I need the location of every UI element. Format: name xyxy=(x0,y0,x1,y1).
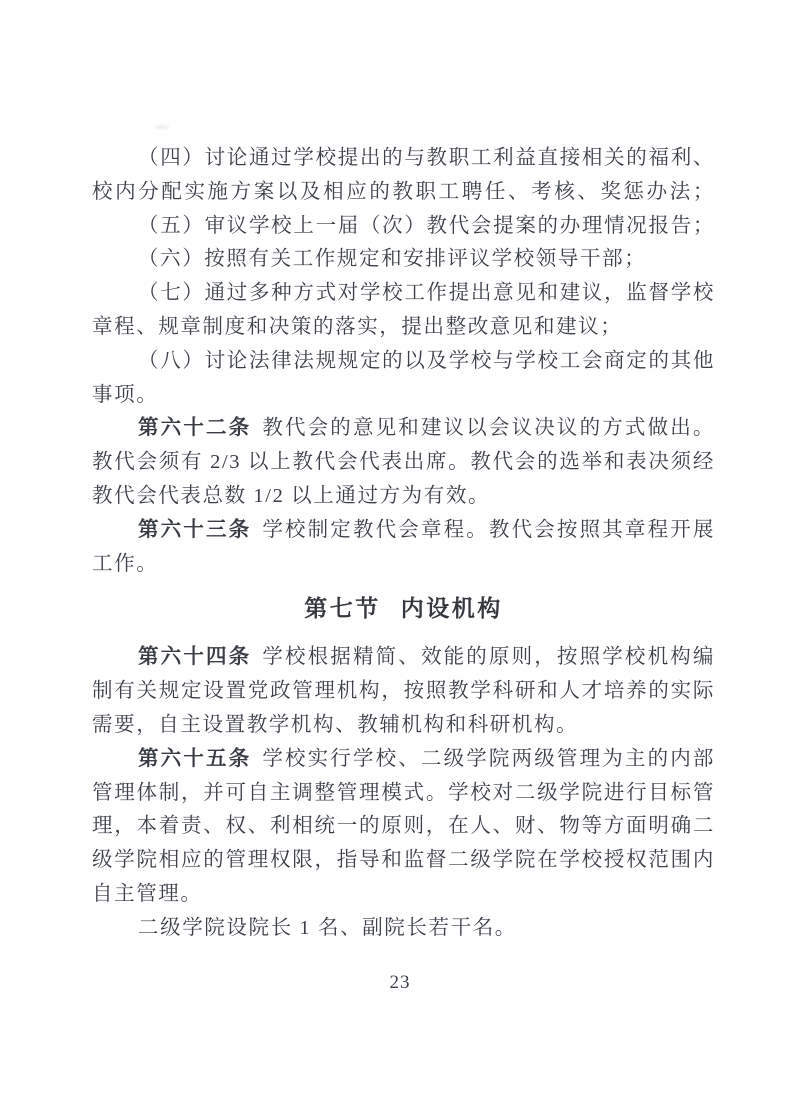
body-line: 工作。 xyxy=(92,548,715,582)
document-page: （四）讨论通过学校提出的与教职工利益直接相关的福利、 校内分配实施方案以及相应的… xyxy=(0,0,800,1111)
page-number: 23 xyxy=(0,972,800,994)
body-line: 级学院相应的管理权限，指导和监督二级学院在学校授权范围内 xyxy=(92,844,715,878)
body-line: 教代会须有 2/3 以上教代会代表出席。教代会的选举和表决须经 xyxy=(92,446,715,480)
body-line: 第六十五条学校实行学校、二级学院两级管理为主的内部 xyxy=(92,743,715,777)
body-line: 章程、规章制度和决策的落实，提出整改意见和建议； xyxy=(92,311,715,345)
line-text: 学校实行学校、二级学院两级管理为主的内部 xyxy=(262,748,715,770)
section-title: 内设机构 xyxy=(401,595,503,621)
body-line: （七）通过多种方式对学校工作提出意见和建议，监督学校 xyxy=(92,277,715,311)
body-line: 第六十二条教代会的意见和建议以会议决议的方式做出。 xyxy=(92,412,715,446)
body-line: （八）讨论法律法规规定的以及学校与学校工会商定的其他 xyxy=(92,345,715,379)
body-line: 校内分配实施方案以及相应的教职工聘任、考核、奖惩办法； xyxy=(92,176,715,210)
article-number: 第六十三条 xyxy=(138,519,251,541)
body-line: （四）讨论通过学校提出的与教职工利益直接相关的福利、 xyxy=(92,142,715,176)
line-text: 学校根据精简、效能的原则，按照学校机构编 xyxy=(262,646,715,668)
article-number: 第六十四条 xyxy=(138,646,251,668)
section-number: 第七节 xyxy=(304,595,381,621)
line-text: 学校制定教代会章程。教代会按照其章程开展 xyxy=(262,519,715,541)
line-text: 教代会的意见和建议以会议决议的方式做出。 xyxy=(262,417,715,439)
body-line: 第六十三条学校制定教代会章程。教代会按照其章程开展 xyxy=(92,514,715,548)
body-line: 教代会代表总数 1/2 以上通过方为有效。 xyxy=(92,480,715,514)
body-line: 理，本着责、权、利相统一的原则，在人、财、物等方面明确二 xyxy=(92,810,715,844)
article-number: 第六十五条 xyxy=(138,748,251,770)
article-number: 第六十二条 xyxy=(138,417,251,439)
body-line: 需要，自主设置教学机构、教辅机构和科研机构。 xyxy=(92,709,715,743)
body-line: 管理体制，并可自主调整管理模式。学校对二级学院进行目标管 xyxy=(92,777,715,811)
scan-artifact xyxy=(155,125,169,129)
body-line: 事项。 xyxy=(92,379,715,413)
body-line: （六）按照有关工作规定和安排评议学校领导干部； xyxy=(92,243,715,277)
document-body: （四）讨论通过学校提出的与教职工利益直接相关的福利、 校内分配实施方案以及相应的… xyxy=(92,142,715,946)
body-line: 自主管理。 xyxy=(92,878,715,912)
section-heading: 第七节内设机构 xyxy=(92,593,715,623)
body-line: 二级学院设院长 1 名、副院长若干名。 xyxy=(92,912,715,946)
body-line: 制有关规定设置党政管理机构，按照教学科研和人才培养的实际 xyxy=(92,675,715,709)
body-line: 第六十四条学校根据精简、效能的原则，按照学校机构编 xyxy=(92,641,715,675)
body-line: （五）审议学校上一届（次）教代会提案的办理情况报告； xyxy=(92,210,715,244)
